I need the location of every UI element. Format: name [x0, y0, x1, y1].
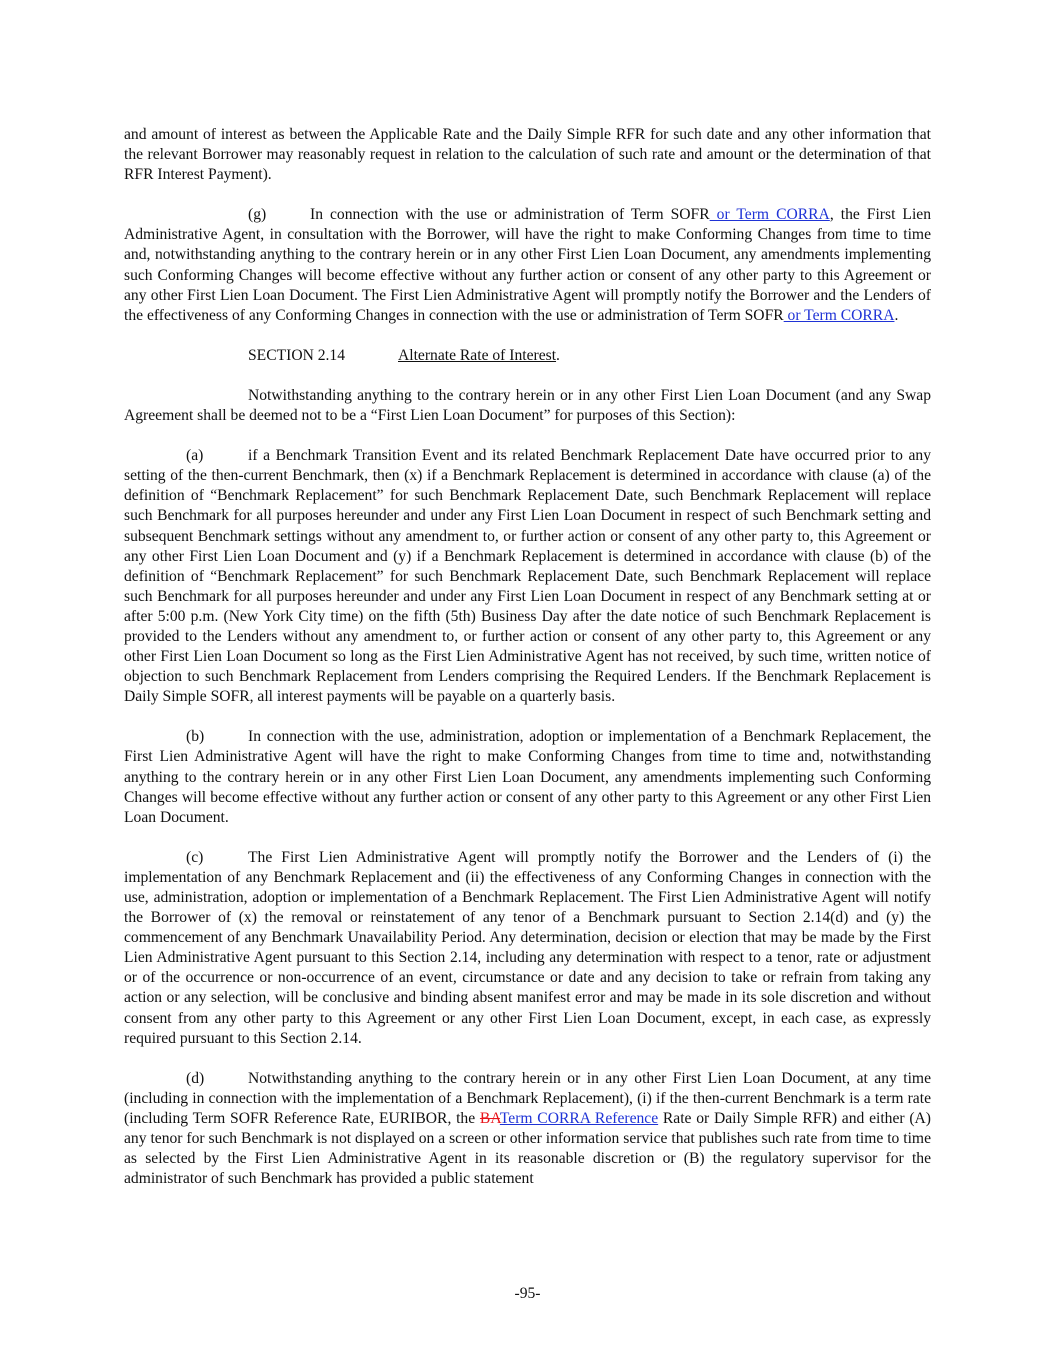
paragraph-g-text-3: . [894, 307, 898, 324]
paragraph-d: (d)Notwithstanding anything to the contr… [124, 1069, 931, 1190]
section-number: SECTION 2.14 [248, 346, 398, 366]
paragraph-a-label: (a) [186, 446, 248, 466]
intro-text: and amount of interest as between the Ap… [124, 126, 931, 183]
paragraph-c-text: The First Lien Administrative Agent will… [124, 849, 931, 1047]
intro-paragraph: and amount of interest as between the Ap… [124, 125, 931, 185]
paragraph-a: (a)if a Benchmark Transition Event and i… [124, 446, 931, 707]
paragraph-c: (c)The First Lien Administrative Agent w… [124, 848, 931, 1049]
section-intro-text: Notwithstanding anything to the contrary… [124, 387, 931, 424]
paragraph-c-label: (c) [186, 848, 248, 868]
section-title-suffix: . [556, 347, 560, 364]
paragraph-g: (g)In connection with the use or adminis… [124, 205, 931, 326]
paragraph-a-text: if a Benchmark Transition Event and its … [124, 447, 931, 705]
paragraph-g-label: (g) [248, 205, 310, 225]
paragraph-b: (b)In connection with the use, administr… [124, 727, 931, 827]
page-number: -95- [0, 1285, 1055, 1303]
insertion-or-term-corra-2[interactable]: or Term CORRA [784, 307, 895, 324]
insertion-term-corra-reference[interactable]: Term CORRA Reference [500, 1110, 658, 1127]
document-page: and amount of interest as between the Ap… [124, 125, 931, 1189]
paragraph-b-label: (b) [186, 727, 248, 747]
section-title: Alternate Rate of Interest [398, 347, 556, 364]
paragraph-d-label: (d) [186, 1069, 248, 1089]
deletion-ba: BA [480, 1110, 500, 1127]
insertion-or-term-corra-1[interactable]: or Term CORRA [710, 206, 830, 223]
section-heading: SECTION 2.14Alternate Rate of Interest. [124, 346, 931, 366]
paragraph-g-text-1: In connection with the use or administra… [310, 206, 710, 223]
section-intro-paragraph: Notwithstanding anything to the contrary… [124, 386, 931, 426]
